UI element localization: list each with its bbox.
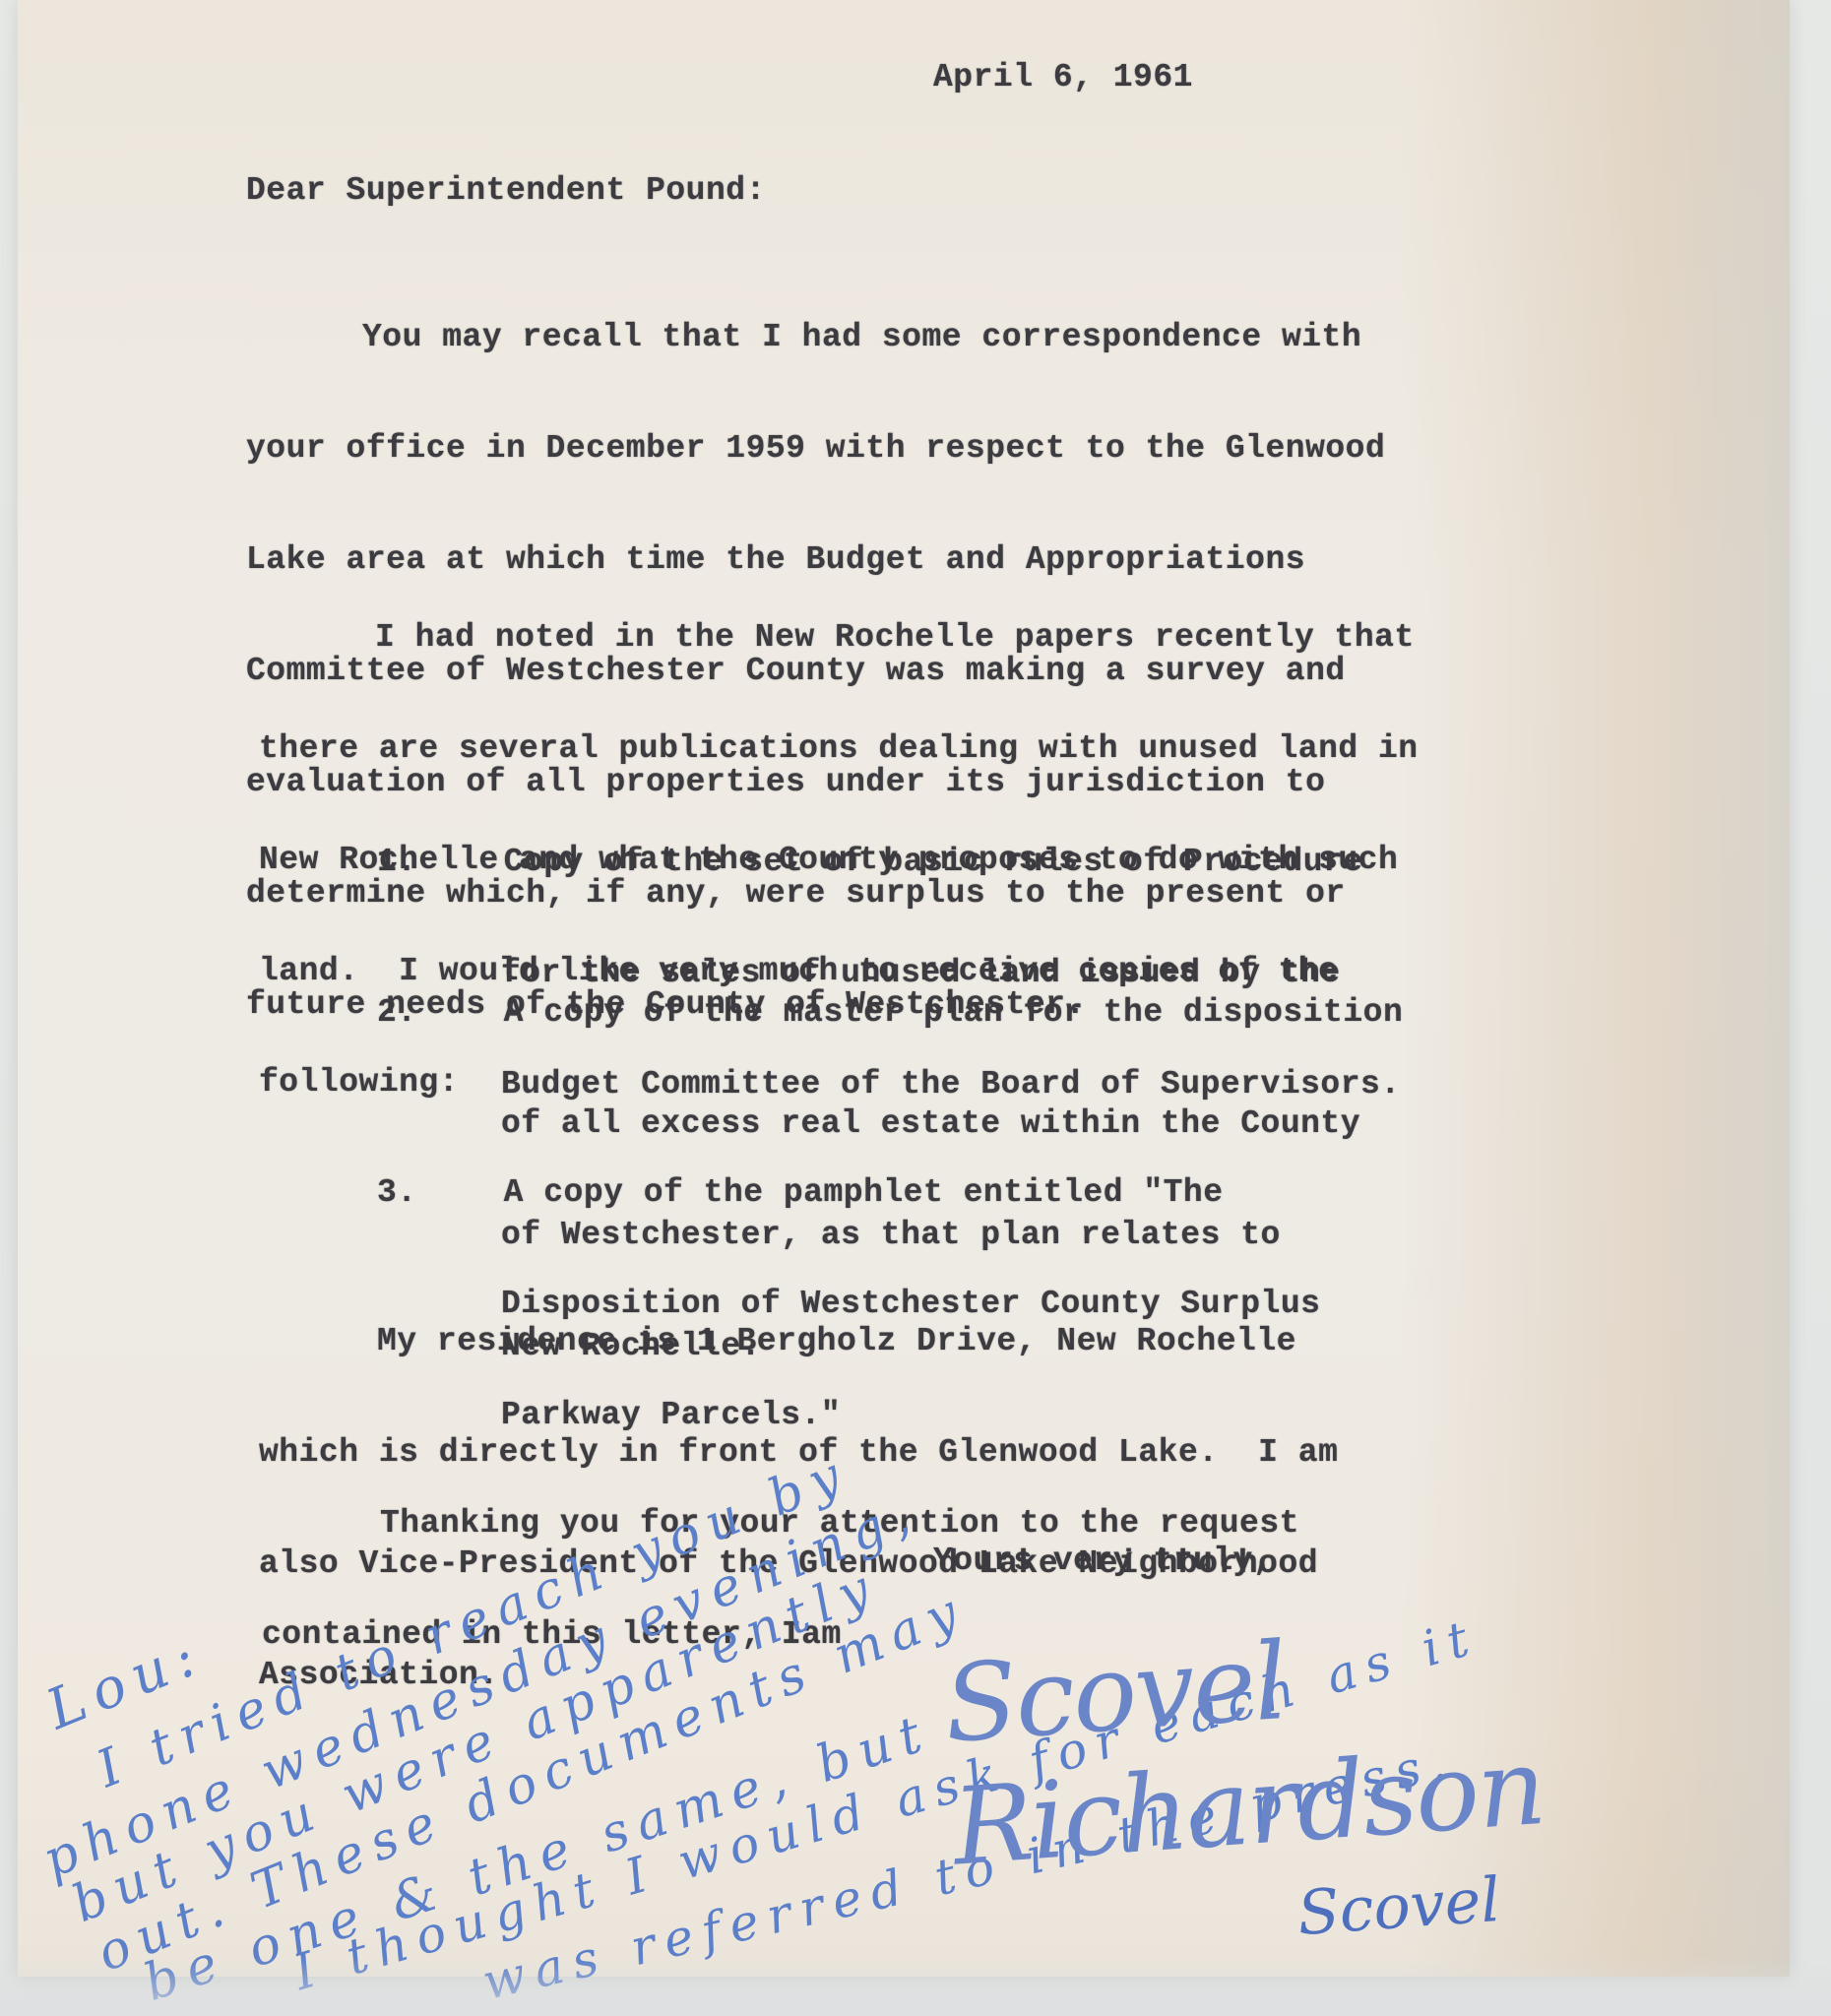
- paragraph-line: You may recall that I had some correspon…: [246, 319, 1385, 355]
- paragraph-line: there are several publications dealing w…: [259, 730, 1419, 767]
- list-number: 1.: [377, 844, 417, 880]
- letter-salutation: Dear Superintendent Pound:: [246, 172, 766, 210]
- handwritten-sign-off: Scovel: [1295, 1863, 1503, 1949]
- paragraph-line: your office in December 1959 with respec…: [246, 430, 1385, 467]
- paragraph-line: I had noted in the New Rochelle papers r…: [259, 619, 1419, 656]
- list-line: 2.A copy of the master plan for the disp…: [377, 994, 1403, 1031]
- paragraph-line: My residence is 1 Bergholz Drive, New Ro…: [259, 1323, 1338, 1359]
- document-photo: April 6, 1961 Dear Superintendent Pound:…: [0, 0, 1831, 2016]
- list-number: 3.: [377, 1174, 417, 1211]
- list-line: 3.A copy of the pamphlet entitled "The: [377, 1174, 1320, 1211]
- letter-closing: Yours very truly,: [933, 1543, 1273, 1580]
- letter-page: April 6, 1961 Dear Superintendent Pound:…: [18, 0, 1790, 1977]
- list-number: 2.: [377, 994, 417, 1031]
- letter-date: April 6, 1961: [933, 59, 1193, 96]
- list-line: 1.Copy of the set of basic rules of Proc…: [377, 844, 1401, 880]
- paper-edge-shadow: [0, 1957, 1831, 2016]
